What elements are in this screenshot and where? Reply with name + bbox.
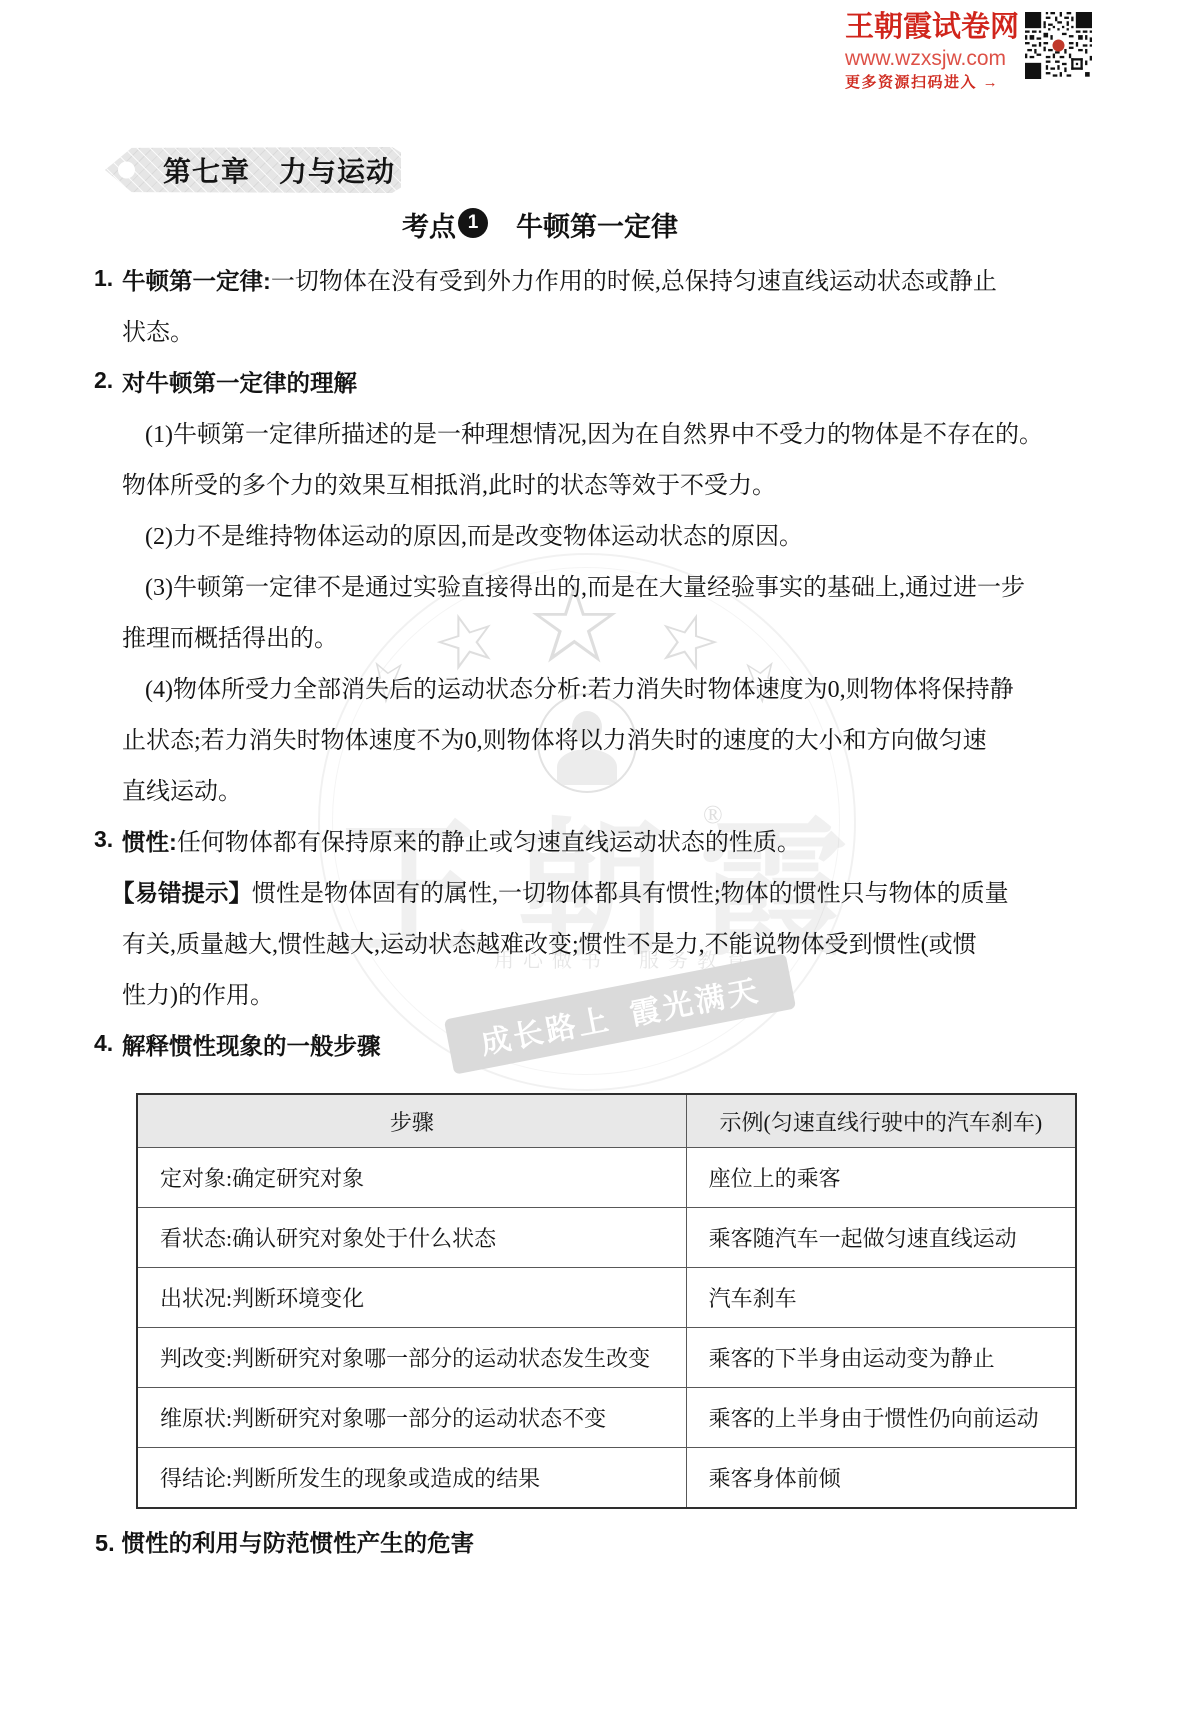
chapter-banner: 第七章 力与运动	[105, 147, 401, 193]
item-text: (2)力不是维持物体运动的原因,而是改变物体运动状态的原因。	[145, 516, 803, 551]
brand-url: www.wzxsjw.com	[845, 47, 1020, 70]
item-text: 有关,质量越大,惯性越大,运动状态越难改变;惯性不是力,不能说物体受到惯性(或惯	[122, 924, 977, 959]
table-cell-step: 出状况:判断环境变化	[137, 1268, 686, 1328]
table-header-row: 步骤 示例(匀速直线行驶中的汽车刹车)	[137, 1094, 1076, 1148]
item-text: 推理而概括得出的。	[122, 618, 338, 653]
item-text: (1)牛顿第一定律所描述的是一种理想情况,因为在自然界中不受力的物体是不存在的。	[145, 414, 1043, 449]
table-cell-example: 乘客随汽车一起做匀速直线运动	[686, 1208, 1076, 1268]
item-text: 性力)的作用。	[122, 975, 274, 1010]
item-text: 状态。	[122, 312, 194, 347]
table-cell-step: 看状态:确认研究对象处于什么状态	[137, 1208, 686, 1268]
inertia-steps-table: 步骤 示例(匀速直线行驶中的汽车刹车) 定对象:确定研究对象 座位上的乘客 看状…	[136, 1093, 1077, 1509]
content-line: 推理而概括得出的。	[122, 610, 1121, 661]
item-text: (3)牛顿第一定律不是通过实验直接得出的,而是在大量经验事实的基础上,通过进一步	[145, 567, 1025, 602]
content-line: 状态。	[122, 304, 1121, 355]
table-cell-example: 汽车刹车	[686, 1268, 1076, 1328]
item-term: 解释惯性现象的一般步骤	[122, 1027, 381, 1061]
item-term: 对牛顿第一定律的理解	[122, 364, 357, 398]
table-row: 定对象:确定研究对象 座位上的乘客	[137, 1148, 1076, 1208]
table-row: 得结论:判断所发生的现象或造成的结果 乘客身体前倾	[137, 1448, 1076, 1509]
section-label: 考点	[402, 205, 456, 244]
content-line: (3)牛顿第一定律不是通过实验直接得出的,而是在大量经验事实的基础上,通过进一步	[122, 559, 1121, 610]
item-number: 4.	[94, 1030, 113, 1057]
table-header-step: 步骤	[137, 1094, 686, 1148]
brand-name: 王朝霞试卷网	[845, 12, 1020, 44]
table-header-example: 示例(匀速直线行驶中的汽车刹车)	[686, 1094, 1076, 1148]
content-line: 2. 对牛顿第一定律的理解	[122, 355, 1121, 406]
item-term: 牛顿第一定律:	[122, 262, 271, 296]
item-number: 5.	[95, 1530, 115, 1556]
section-title: 牛顿第一定律	[516, 205, 678, 244]
item-term: 惯性的利用与防范惯性产生的危害	[122, 1530, 475, 1556]
section-number-badge: 1	[458, 208, 488, 238]
table-cell-step: 判改变:判断研究对象哪一部分的运动状态发生改变	[137, 1328, 686, 1388]
content-line: 性力)的作用。	[122, 967, 1121, 1018]
section-heading: 考点1牛顿第一定律	[0, 205, 1080, 244]
document-page: 王朝霞 ® 用心做书 服务教育 成长路上 霞光满天 王朝霞试卷网 www.wzx…	[0, 0, 1181, 1730]
content-line: 止状态;若力消失时物体速度不为0,则物体将以力消失时的速度的大小和方向做匀速	[122, 712, 1121, 763]
content-line: 【易错提示】 惯性是物体固有的属性,一切物体都具有惯性;物体的惯性只与物体的质量	[111, 865, 1121, 916]
item-text: (4)物体所受力全部消失后的运动状态分析:若力消失时物体速度为0,则物体将保持静	[145, 669, 1014, 704]
item-term: 【易错提示】	[111, 874, 252, 908]
table-row: 出状况:判断环境变化 汽车刹车	[137, 1268, 1076, 1328]
item-number: 1.	[94, 265, 113, 292]
table-row: 看状态:确认研究对象处于什么状态 乘客随汽车一起做匀速直线运动	[137, 1208, 1076, 1268]
table-cell-example: 乘客身体前倾	[686, 1448, 1076, 1509]
item-text: 物体所受的多个力的效果互相抵消,此时的状态等效于不受力。	[122, 465, 776, 500]
table-row: 判改变:判断研究对象哪一部分的运动状态发生改变 乘客的下半身由运动变为静止	[137, 1328, 1076, 1388]
content-line: 直线运动。	[122, 763, 1121, 814]
item-text: 惯性是物体固有的属性,一切物体都具有惯性;物体的惯性只与物体的质量	[252, 873, 1009, 908]
chapter-title: 第七章 力与运动	[105, 150, 395, 190]
item-text: 一切物体在没有受到外力作用的时候,总保持匀速直线运动状态或静止	[271, 261, 997, 296]
table-cell-step: 得结论:判断所发生的现象或造成的结果	[137, 1448, 686, 1509]
content-line: (4)物体所受力全部消失后的运动状态分析:若力消失时物体速度为0,则物体将保持静	[122, 661, 1121, 712]
brand-block: 王朝霞试卷网 www.wzxsjw.com 更多资源扫码进入 →	[845, 12, 1020, 91]
item-term: 惯性:	[122, 823, 177, 857]
table-cell-example: 乘客的上半身由于惯性仍向前运动	[686, 1388, 1076, 1448]
table-cell-example: 座位上的乘客	[686, 1148, 1076, 1208]
content-line: 有关,质量越大,惯性越大,运动状态越难改变;惯性不是力,不能说物体受到惯性(或惯	[122, 916, 1121, 967]
item-text: 直线运动。	[122, 771, 242, 806]
body-content: 1. 牛顿第一定律: 一切物体在没有受到外力作用的时候,总保持匀速直线运动状态或…	[122, 253, 1121, 1069]
item-number: 3.	[94, 826, 113, 853]
banner-dot	[118, 162, 135, 179]
table-row: 维原状:判断研究对象哪一部分的运动状态不变 乘客的上半身由于惯性仍向前运动	[137, 1388, 1076, 1448]
table-cell-step: 维原状:判断研究对象哪一部分的运动状态不变	[137, 1388, 686, 1448]
content-line: 4. 解释惯性现象的一般步骤	[122, 1018, 1121, 1069]
content-line: (1)牛顿第一定律所描述的是一种理想情况,因为在自然界中不受力的物体是不存在的。	[122, 406, 1121, 457]
table-cell-step: 定对象:确定研究对象	[137, 1148, 686, 1208]
content-line: (2)力不是维持物体运动的原因,而是改变物体运动状态的原因。	[122, 508, 1121, 559]
item-number: 2.	[94, 367, 113, 394]
content-line: 5.惯性的利用与防范惯性产生的危害	[95, 1524, 474, 1558]
content-line: 1. 牛顿第一定律: 一切物体在没有受到外力作用的时候,总保持匀速直线运动状态或…	[122, 253, 1121, 304]
item-text: 止状态;若力消失时物体速度不为0,则物体将以力消失时的速度的大小和方向做匀速	[122, 720, 987, 755]
item-text: 任何物体都有保持原来的静止或匀速直线运动状态的性质。	[177, 822, 801, 857]
content-line: 3. 惯性: 任何物体都有保持原来的静止或匀速直线运动状态的性质。	[122, 814, 1121, 865]
qr-code-icon	[1025, 12, 1092, 79]
content-line: 物体所受的多个力的效果互相抵消,此时的状态等效于不受力。	[122, 457, 1121, 508]
table-cell-example: 乘客的下半身由运动变为静止	[686, 1328, 1076, 1388]
brand-tagline: 更多资源扫码进入 →	[845, 75, 1020, 92]
